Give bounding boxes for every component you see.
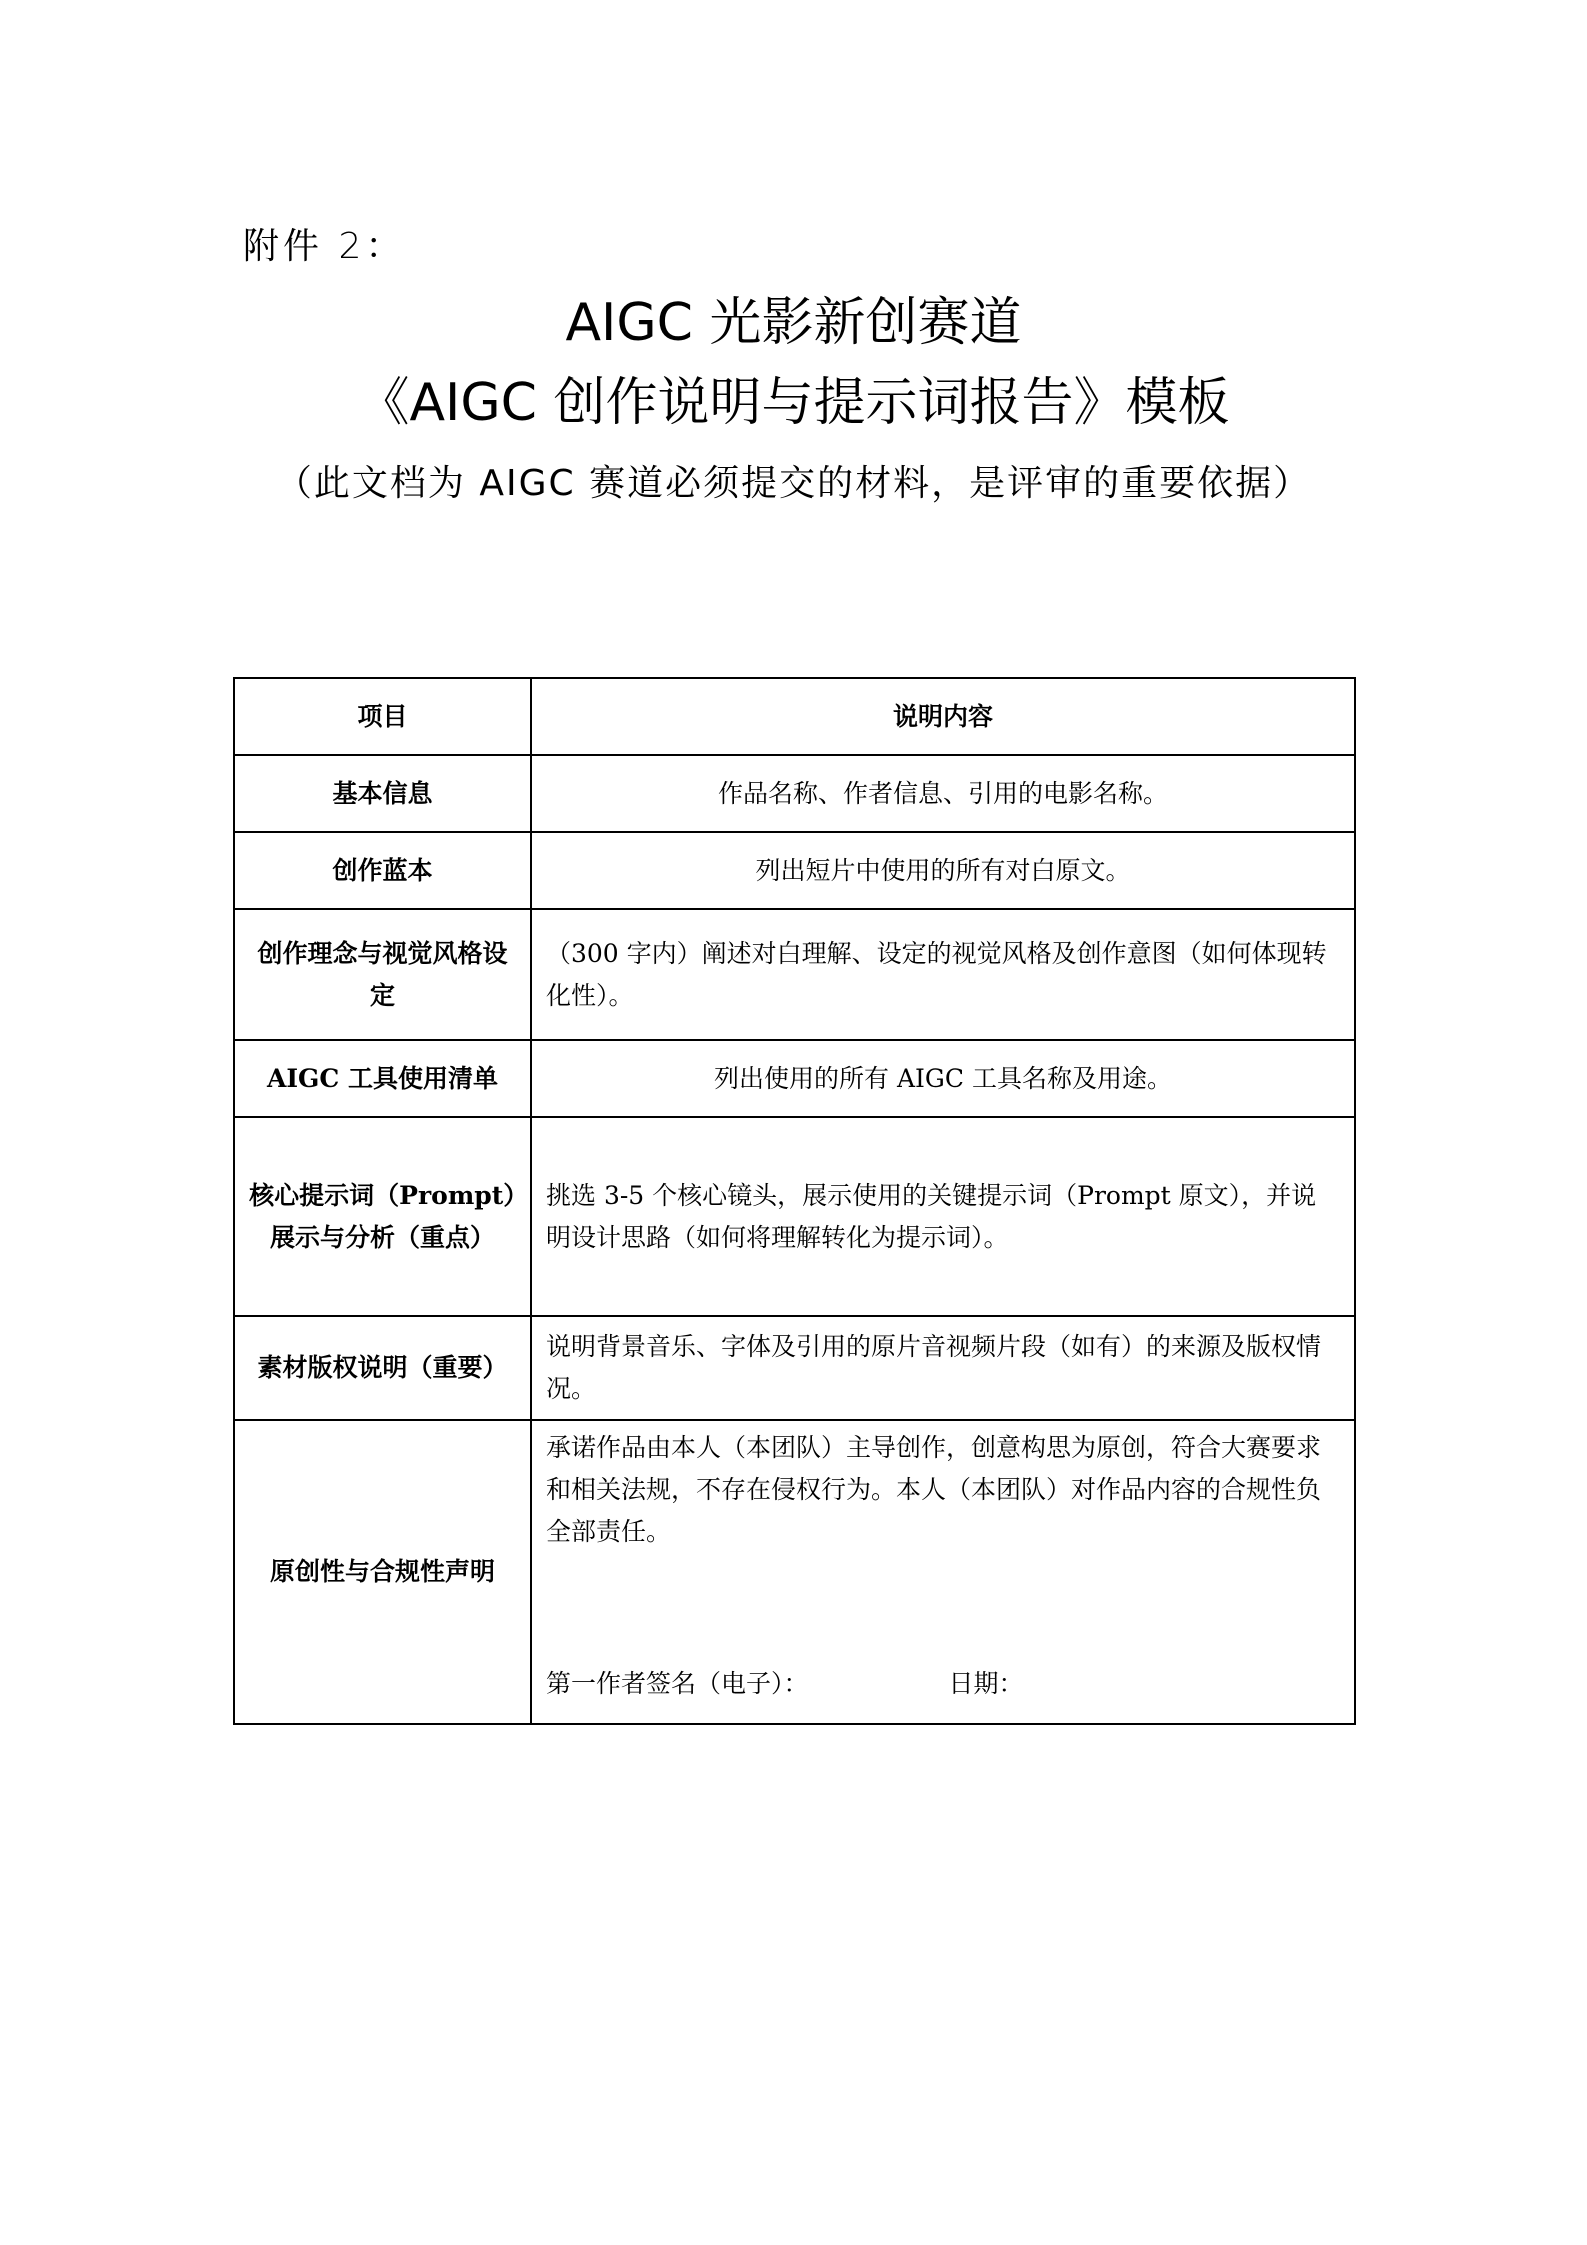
report-template-table: 项目 说明内容 基本信息 作品名称、作者信息、引用的电影名称。 创作蓝本 列出短…	[233, 677, 1356, 1725]
row-item-concept: 创作理念与视觉风格设定	[234, 909, 531, 1040]
table-row: 基本信息 作品名称、作者信息、引用的电影名称。	[234, 755, 1355, 832]
row-item-copyright: 素材版权说明（重要）	[234, 1316, 531, 1420]
document-title: AIGC 光影新创赛道	[0, 280, 1587, 355]
date-label: 日期：	[949, 1663, 1024, 1705]
attachment-label: 附件 2：	[243, 218, 405, 269]
row-desc-concept: （300 字内）阐述对白理解、设定的视觉风格及创作意图（如何体现转化性）。	[531, 909, 1355, 1040]
row-item-basic-info: 基本信息	[234, 755, 531, 832]
row-desc-basic-info: 作品名称、作者信息、引用的电影名称。	[531, 755, 1355, 832]
table-row: 素材版权说明（重要） 说明背景音乐、字体及引用的原片音视频片段（如有）的来源及版…	[234, 1316, 1355, 1420]
row-item-script: 创作蓝本	[234, 832, 531, 909]
row-desc-prompts: 挑选 3-5 个核心镜头，展示使用的关键提示词（Prompt 原文），并说明设计…	[531, 1117, 1355, 1316]
declaration-text: 承诺作品由本人（本团队）主导创作，创意构思为原创，符合大赛要求和相关法规，不存在…	[546, 1433, 1321, 1546]
table-row: AIGC 工具使用清单 列出使用的所有 AIGC 工具名称及用途。	[234, 1040, 1355, 1117]
table-row: 原创性与合规性声明 承诺作品由本人（本团队）主导创作，创意构思为原创，符合大赛要…	[234, 1420, 1355, 1724]
row-item-tools: AIGC 工具使用清单	[234, 1040, 531, 1117]
row-desc-copyright: 说明背景音乐、字体及引用的原片音视频片段（如有）的来源及版权情况。	[531, 1316, 1355, 1420]
table-row: 创作理念与视觉风格设定 （300 字内）阐述对白理解、设定的视觉风格及创作意图（…	[234, 909, 1355, 1040]
table-row: 核心提示词（Prompt）展示与分析（重点） 挑选 3-5 个核心镜头，展示使用…	[234, 1117, 1355, 1316]
document-template-title: 《AIGC 创作说明与提示词报告》模板	[0, 360, 1587, 435]
row-item-declaration: 原创性与合规性声明	[234, 1420, 531, 1724]
row-item-prompts: 核心提示词（Prompt）展示与分析（重点）	[234, 1117, 531, 1316]
row-desc-tools: 列出使用的所有 AIGC 工具名称及用途。	[531, 1040, 1355, 1117]
table-row: 创作蓝本 列出短片中使用的所有对白原文。	[234, 832, 1355, 909]
document-subtitle: （此文档为 AIGC 赛道必须提交的材料，是评审的重要依据）	[0, 455, 1587, 506]
row-desc-script: 列出短片中使用的所有对白原文。	[531, 832, 1355, 909]
row-desc-declaration: 承诺作品由本人（本团队）主导创作，创意构思为原创，符合大赛要求和相关法规，不存在…	[531, 1420, 1355, 1724]
header-description: 说明内容	[531, 678, 1355, 755]
signature-line: 第一作者签名（电子）：日期：	[546, 1663, 1340, 1705]
signature-label: 第一作者签名（电子）：	[546, 1669, 809, 1698]
header-item: 项目	[234, 678, 531, 755]
table-header-row: 项目 说明内容	[234, 678, 1355, 755]
